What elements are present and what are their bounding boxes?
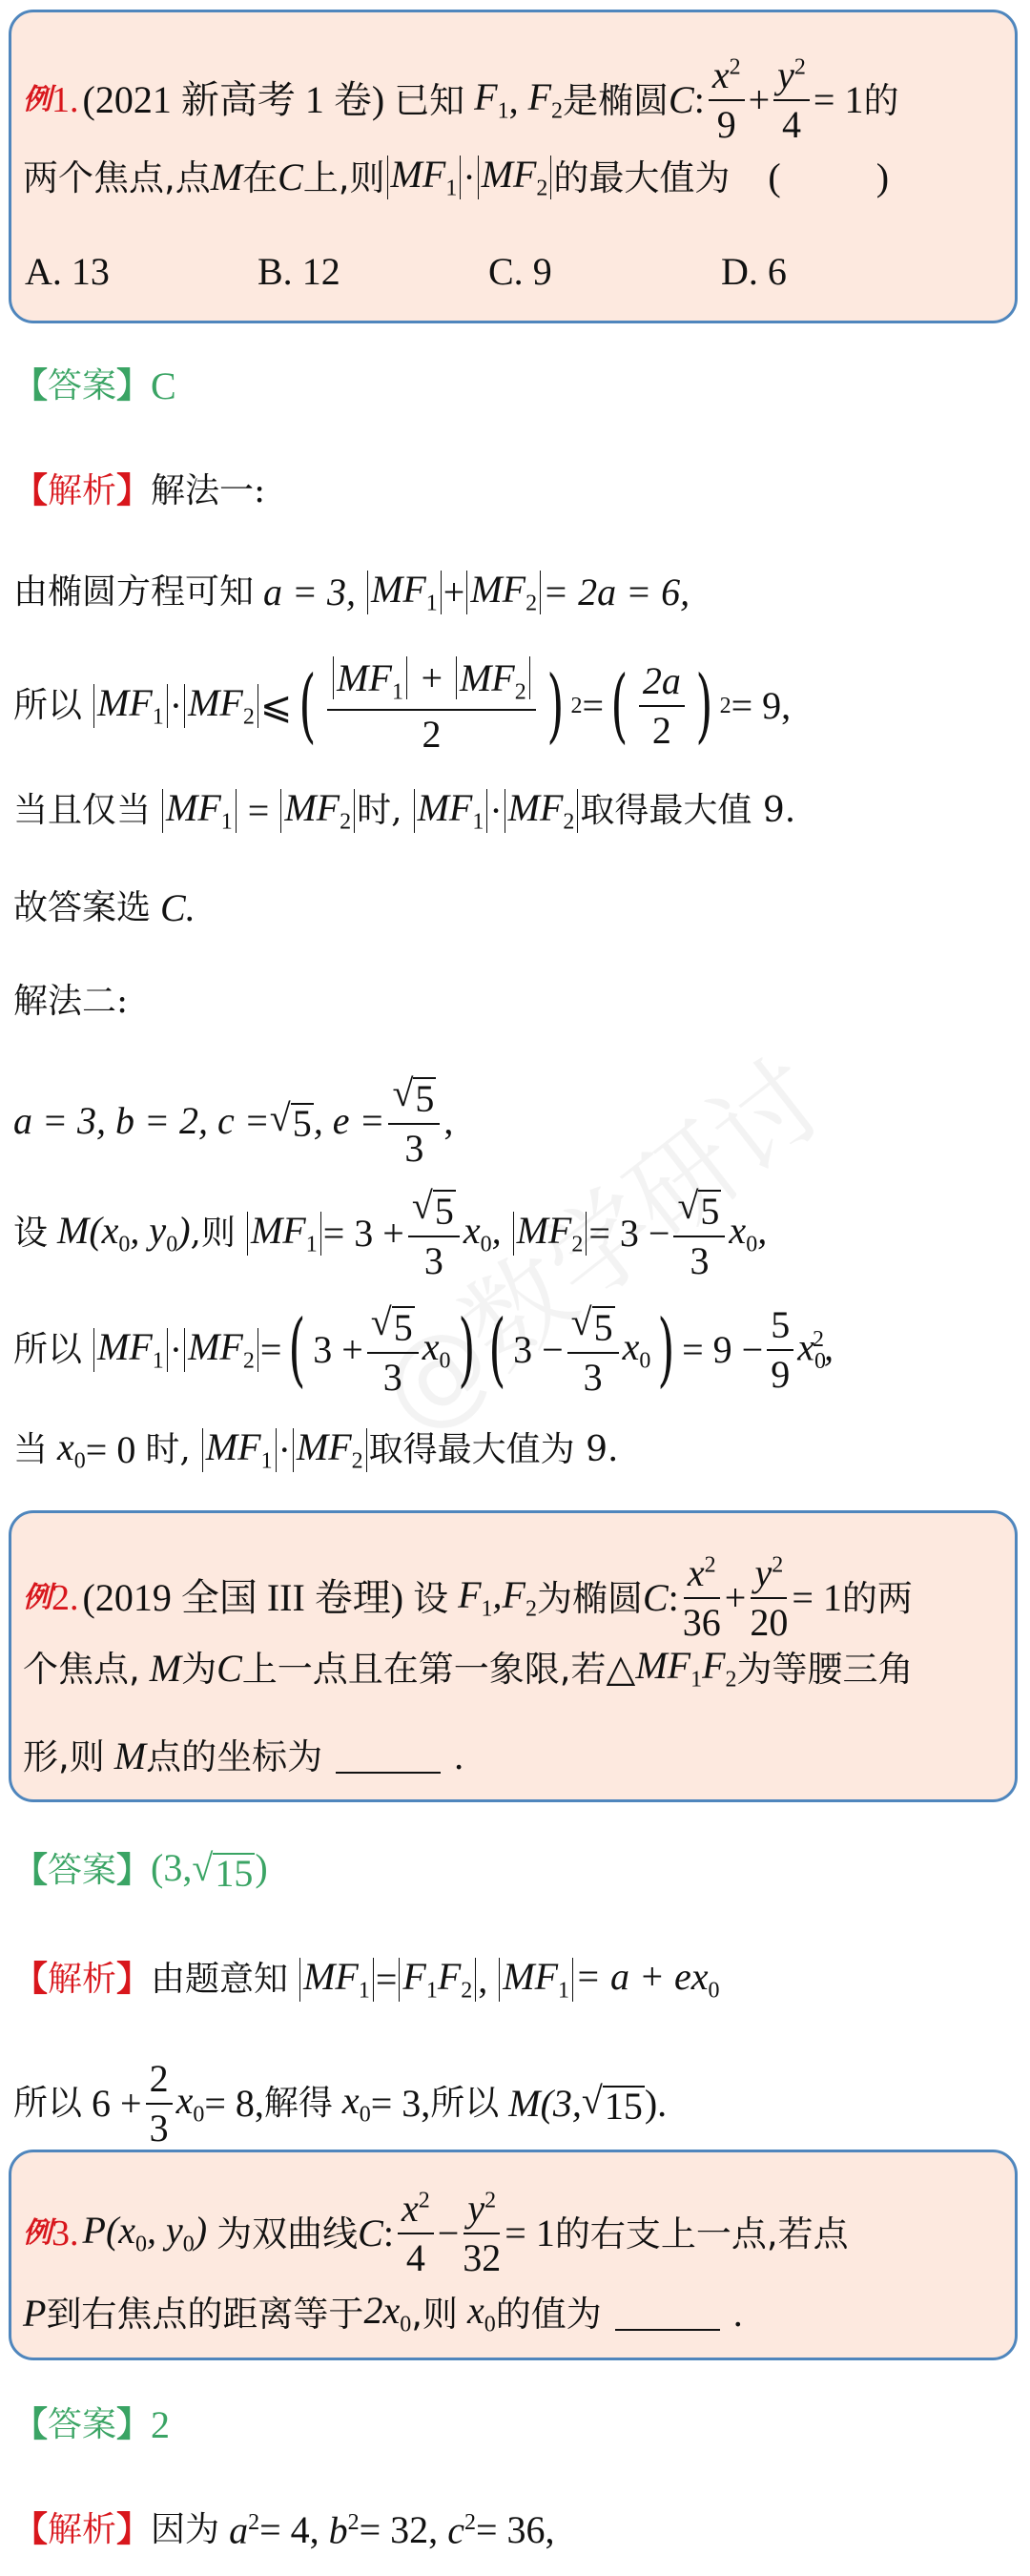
analysis-1-method-2-line-2: 设 M(x0, y0) ,则 MF1 = 3 + √53 x0, MF2 = 3… bbox=[13, 1186, 767, 1281]
choice-c[interactable]: C. 9 bbox=[488, 249, 552, 294]
answer-tag: 答案 bbox=[48, 1854, 116, 1888]
example-label-icon: 例 bbox=[23, 86, 51, 114]
example-3-line-2: P 到右焦点的距离等于 2x0 ,则 x0 的值为 . bbox=[23, 2292, 743, 2336]
answer-blank[interactable] bbox=[336, 1739, 441, 1774]
analysis-1-line-1: 由椭圆方程可知 a = 3, MF1 + MF2 = 2a = 6, bbox=[13, 571, 690, 614]
analysis-1-header: 【 解析 】 解法一: bbox=[13, 474, 265, 509]
analysis-1-method-2-line-3: 所以 MF1 · MF2 = ( 3 + √53 x0 )( 3 − √53 x… bbox=[13, 1302, 834, 1398]
example-2-line-1: 例 2. (2019 全国 III 卷理) 设 F1,F2 为椭圆 C : x2… bbox=[23, 1553, 913, 1643]
example-number: 1. bbox=[51, 82, 79, 118]
example-label-icon: 例 bbox=[23, 2219, 51, 2248]
analysis-1-line-3: 当且仅当 MF1 = MF2 时, MF1 · MF2 取得最大值 9. bbox=[13, 789, 795, 833]
example-number: 2. bbox=[51, 1580, 79, 1616]
answer-tag: 答案 bbox=[48, 369, 116, 404]
example-number: 3. bbox=[51, 2215, 79, 2252]
answer-1: 【 答案 】 C bbox=[13, 367, 176, 405]
analysis-2-line-2: 所以 6 + 23 x0 = 8, 解得 x0 = 3, 所以 M(3, √15… bbox=[13, 2059, 667, 2149]
analysis-1-line-4: 故答案选 C. bbox=[13, 889, 196, 927]
example-source: (2019 全国 III 卷理) bbox=[83, 1579, 404, 1617]
choice-a[interactable]: A. 13 bbox=[25, 249, 110, 294]
answer-3: 【 答案 】 2 bbox=[13, 2406, 170, 2444]
answer-value: C bbox=[151, 367, 176, 405]
analysis-tag: 解析 bbox=[48, 474, 116, 509]
choice-b[interactable]: B. 12 bbox=[257, 249, 340, 294]
answer-value: 2 bbox=[151, 2406, 170, 2444]
example-3-line-1: 例 3. P(x0, y0) 为双曲线 C : x24 − y232 = 1 的… bbox=[23, 2189, 849, 2278]
fraction-x2-over-9: x29 bbox=[709, 55, 745, 145]
example-2-box: 例 2. (2019 全国 III 卷理) 设 F1,F2 为椭圆 C : x2… bbox=[9, 1510, 1018, 1802]
example-2-line-2: 个焦点, M 为 C 上一点且在第一象限,若 △ MF1F2 为等腰三角 bbox=[23, 1647, 914, 1691]
example-1-line-2: 两个焦点,点 M 在 C 上,则 MF1 · MF2 的最大值为 ( ) bbox=[23, 156, 889, 199]
analysis-tag: 解析 bbox=[48, 2513, 116, 2547]
answer-tag: 答案 bbox=[48, 2408, 116, 2442]
example-source: (2021 新高考 1 卷) bbox=[83, 81, 385, 119]
analysis-2-line-1: 【 解析 】 由题意知 MF1 = F1F2 , MF1 = a + ex0 bbox=[13, 1958, 720, 2002]
example-label-icon: 例 bbox=[23, 1584, 51, 1612]
analysis-tag: 解析 bbox=[48, 1963, 116, 1997]
analysis-1-line-2: 所以 MF1 · MF2 ⩽ ( MF1 + MF22 )2 = ( 2a2 )… bbox=[13, 658, 791, 755]
answer-blank[interactable] bbox=[615, 2296, 720, 2331]
fraction-y2-over-4: y24 bbox=[773, 55, 810, 145]
example-3-box: 例 3. P(x0, y0) 为双曲线 C : x24 − y232 = 1 的… bbox=[9, 2150, 1018, 2360]
analysis-1-method-2-header: 解法二: bbox=[13, 985, 128, 1019]
example-1-line-1: 例 1. (2021 新高考 1 卷) 已知 F1 , F2 是椭圆 C : x… bbox=[23, 55, 898, 145]
answer-value: (3,√15) bbox=[151, 1849, 268, 1893]
analysis-3-line-1: 【 解析 】 因为 a2 = 4, b2 = 32, c2 = 36, bbox=[13, 2511, 555, 2549]
analysis-1-method-2-line-1: a = 3, b = 2, c = √5 , e = √53 , bbox=[13, 1073, 453, 1169]
choice-d[interactable]: D. 6 bbox=[721, 249, 787, 294]
example-1-box: 例 1. (2021 新高考 1 卷) 已知 F1 , F2 是椭圆 C : x… bbox=[9, 10, 1018, 323]
answer-2: 【 答案 】 (3,√15) bbox=[13, 1849, 268, 1893]
example-2-line-3: 形,则 M 点的坐标为 . bbox=[23, 1737, 463, 1776]
analysis-1-method-2-line-4: 当 x0 = 0 时, MF1 · MF2 取得最大值为 9. bbox=[13, 1428, 618, 1472]
